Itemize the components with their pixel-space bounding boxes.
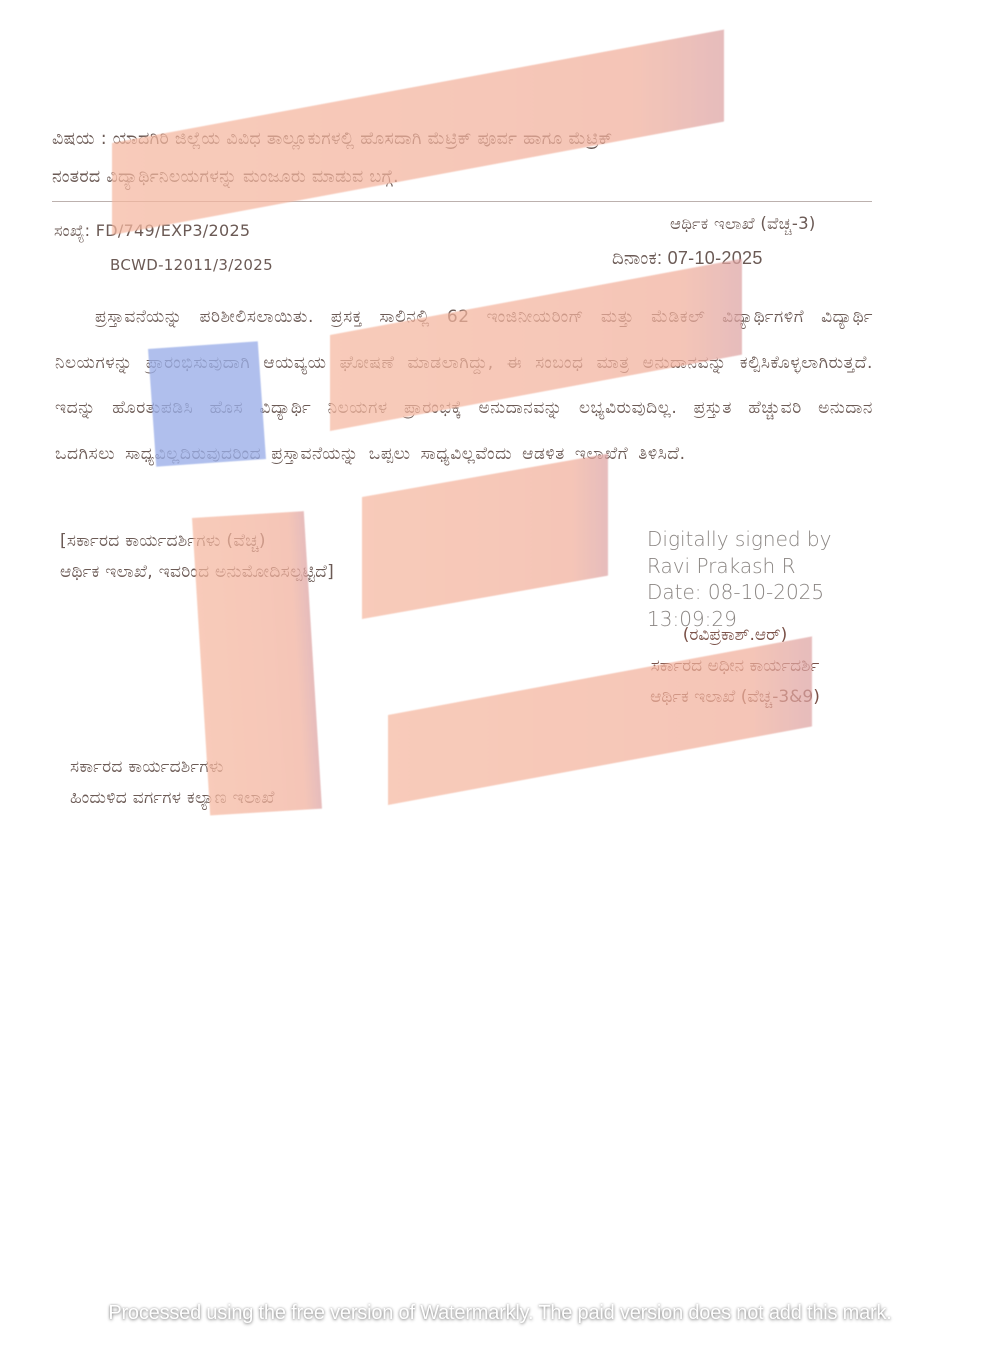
recipient-line-1: ಸರ್ಕಾರದ ಕಾರ್ಯದರ್ಶಿಗಳು: [70, 752, 275, 783]
body-paragraph: ಪ್ರಸ್ತಾವನೆಯನ್ನು ಪರಿಶೀಲಿಸಲಾಯಿತು. ಪ್ರಸಕ್ತ …: [55, 295, 873, 477]
subject-line-1: ವಿಷಯ : ಯಾದಗಿರಿ ಜಿಲ್ಲೆಯ ವಿವಿಧ ತಾಲ್ಲೂಕುಗಳಲ…: [52, 129, 612, 149]
recipient: ಸರ್ಕಾರದ ಕಾರ್ಯದರ್ಶಿಗಳು ಹಿಂದುಳಿದ ವರ್ಗಗಳ ಕಲ…: [70, 752, 275, 814]
recipient-line-2: ಹಿಂದುಳಿದ ವರ್ಗಗಳ ಕಲ್ಯಾಣ ಇಲಾಖೆ: [70, 783, 275, 814]
signer-designation: ಸರ್ಕಾರದ ಅಧೀನ ಕಾರ್ಯದರ್ಶಿ: [590, 651, 880, 682]
approval-line-2: ಆರ್ಥಿಕ ಇಲಾಖೆ, ಇವರಿಂದ ಅನುಮೋದಿಸಲ್ಪಟ್ಟಿದೆ]: [60, 557, 334, 588]
dsig-line-3: Date: 08-10-2025: [647, 579, 831, 606]
subject: ವಿಷಯ : ಯಾದಗಿರಿ ಜಿಲ್ಲೆಯ ವಿವಿಧ ತಾಲ್ಲೂಕುಗಳಲ…: [52, 120, 612, 196]
document-page: ವಿಷಯ : ಯಾದಗಿರಿ ಜಿಲ್ಲೆಯ ವಿವಿಧ ತಾಲ್ಲೂಕುಗಳಲ…: [0, 0, 1000, 1351]
subject-line-2: ನಂತರದ ವಿದ್ಯಾರ್ಥಿನಿಲಯಗಳನ್ನು ಮಂಜೂರು ಮಾಡುವ …: [52, 158, 612, 196]
dsig-line-1: Digitally signed by: [647, 526, 831, 553]
signer-block: (ರವಿಪ್ರಕಾಶ್.ಆರ್) ಸರ್ಕಾರದ ಅಧೀನ ಕಾರ್ಯದರ್ಶಿ…: [590, 620, 880, 713]
signer-name: (ರವಿಪ್ರಕಾಶ್.ಆರ್): [590, 620, 880, 651]
dsig-line-2: Ravi Prakash R: [647, 553, 831, 580]
overlay-block-center: [362, 454, 608, 619]
approval-line-1: [ಸರ್ಕಾರದ ಕಾರ್ಯದರ್ಶಿಗಳು (ವೆಚ್ಚ): [60, 526, 334, 557]
signer-department: ಆರ್ಥಿಕ ಇಲಾಖೆ (ವೆಚ್ಚ-3&9): [590, 682, 880, 713]
separator-line: [52, 201, 872, 202]
digital-signature: Digitally signed by Ravi Prakash R Date:…: [647, 526, 831, 632]
reference-number: ಸಂಖ್ಯೆ: FD/749/EXP3/2025: [54, 221, 250, 241]
approval-note: [ಸರ್ಕಾರದ ಕಾರ್ಯದರ್ಶಿಗಳು (ವೆಚ್ಚ) ಆರ್ಥಿಕ ಇಲ…: [60, 526, 334, 588]
watermark-text: Processed using the free version of Wate…: [0, 1302, 1000, 1325]
issuing-department: ಆರ್ಥಿಕ ಇಲಾಖೆ (ವೆಚ್ಚ-3): [670, 214, 816, 234]
reference-number-secondary: BCWD-12011/3/2025: [110, 256, 273, 274]
document-date: ದಿನಾಂಕ: 07-10-2025: [612, 248, 763, 269]
